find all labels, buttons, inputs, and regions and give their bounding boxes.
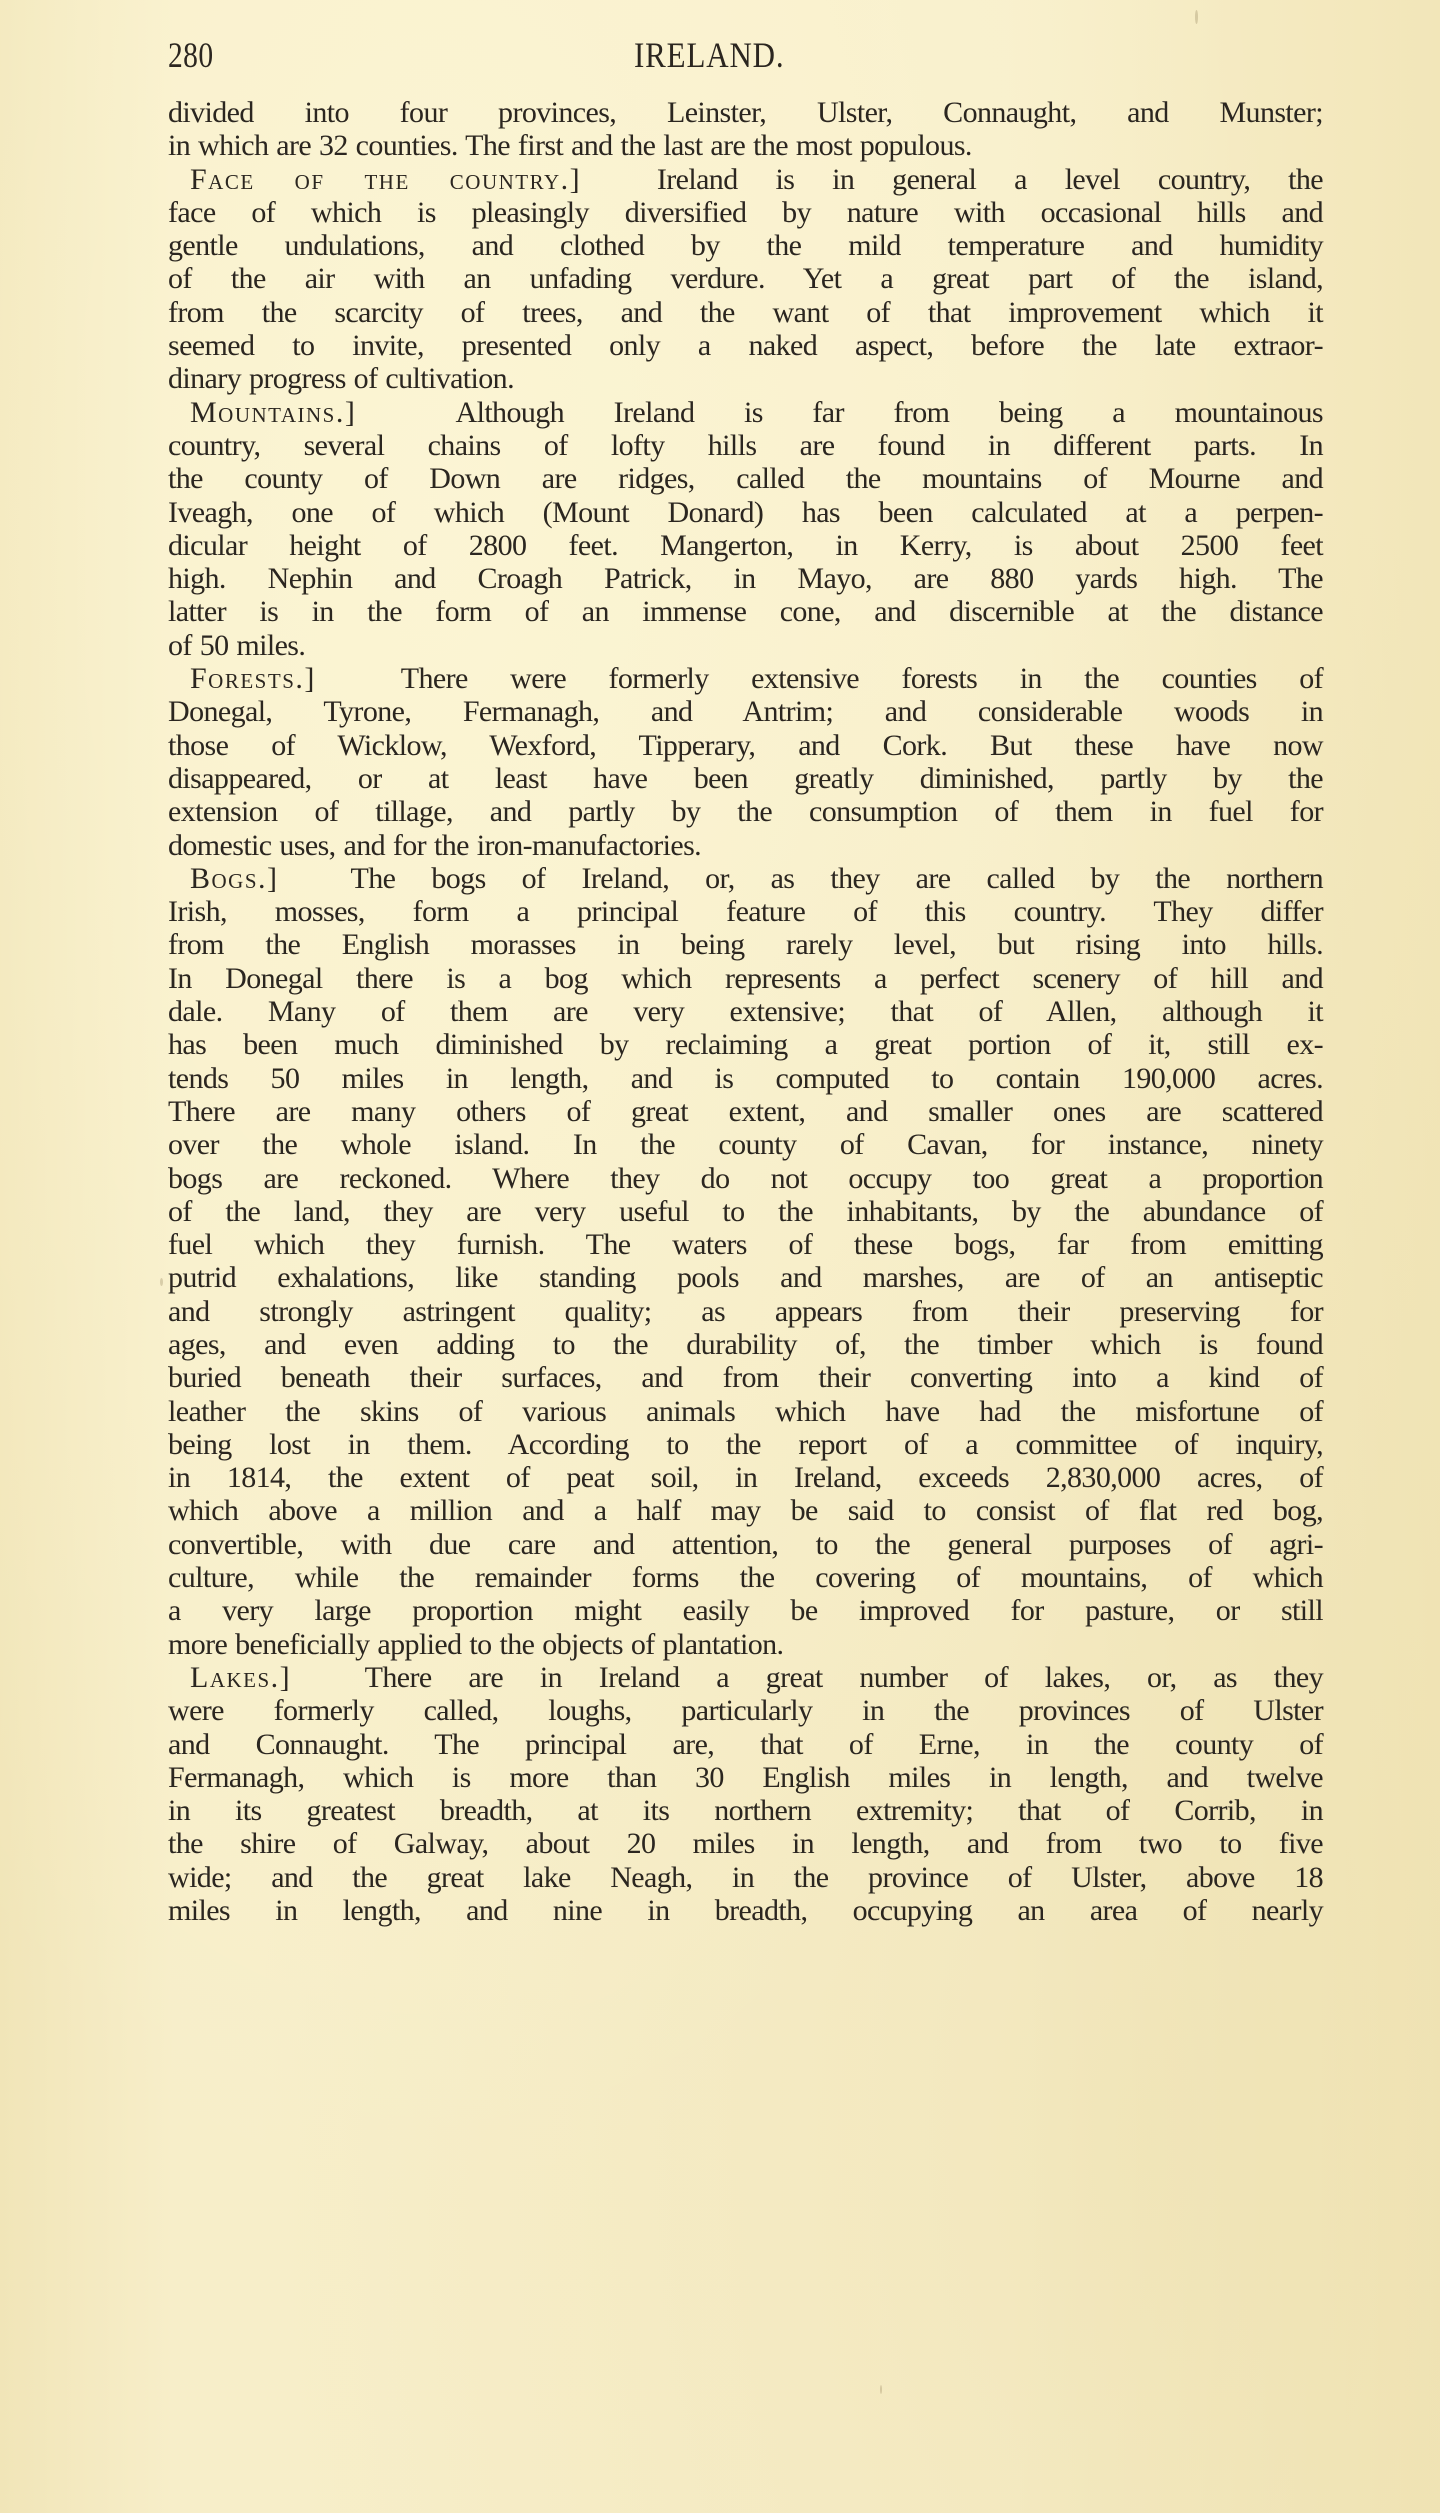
section-heading-face-of-the-country: Face of the country.] (190, 163, 581, 196)
text-line: divided into four provinces, Leinster, U… (168, 96, 1323, 129)
text-line: Forests.] There were formerly extensive … (168, 662, 1323, 695)
text-line: which above a million and a half may be … (168, 1494, 1323, 1527)
text-line: wide; and the great lake Neagh, in the p… (168, 1861, 1323, 1894)
text-line: high. Nephin and Croagh Patrick, in Mayo… (168, 562, 1323, 595)
text-line: were formerly called, loughs, particular… (168, 1694, 1323, 1727)
text-line: Lakes.] There are in Ireland a great num… (168, 1661, 1323, 1694)
paragraph-forests: Forests.] There were formerly extensive … (168, 662, 1323, 862)
text-line: extension of tillage, and partly by the … (168, 795, 1323, 828)
text-line: the shire of Galway, about 20 miles in l… (168, 1827, 1323, 1860)
paper-speck (160, 1278, 163, 1286)
text-line: latter is in the form of an immense cone… (168, 595, 1323, 628)
section-heading-lakes: Lakes.] (190, 1661, 291, 1694)
text-line: has been much diminished by reclaiming a… (168, 1028, 1323, 1061)
text-line: Irish, mosses, form a principal feature … (168, 895, 1323, 928)
running-title: IRELAND. (634, 34, 784, 76)
text-line: country, several chains of lofty hills a… (168, 429, 1323, 462)
text-line: from the scarcity of trees, and the want… (168, 296, 1323, 329)
paper-speck (880, 2385, 882, 2394)
section-heading-mountains: Mountains.] (190, 396, 356, 429)
text-line: In Donegal there is a bog which represen… (168, 962, 1323, 995)
text-line: bogs are reckoned. Where they do not occ… (168, 1162, 1323, 1195)
text-line: face of which is pleasingly diversified … (168, 196, 1323, 229)
text-line: a very large proportion might easily be … (168, 1594, 1323, 1627)
text-line: putrid exhalations, like standing pools … (168, 1261, 1323, 1294)
text-line: Fermanagh, which is more than 30 English… (168, 1761, 1323, 1794)
text-line: disappeared, or at least have been great… (168, 762, 1323, 795)
text-line: and Connaught. The principal are, that o… (168, 1728, 1323, 1761)
section-heading-forests: Forests.] (190, 662, 316, 695)
text-line: in 1814, the extent of peat soil, in Ire… (168, 1461, 1323, 1494)
text-line: domestic uses, and for the iron-manufact… (168, 829, 1323, 862)
text-line: and strongly astringent quality; as appe… (168, 1295, 1323, 1328)
text-line: gentle undulations, and clothed by the m… (168, 229, 1323, 262)
text-line: Iveagh, one of which (Mount Donard) has … (168, 496, 1323, 529)
text-line: Donegal, Tyrone, Fermanagh, and Antrim; … (168, 695, 1323, 728)
text-line: fuel which they furnish. The waters of t… (168, 1228, 1323, 1261)
page-number: 280 (168, 34, 214, 76)
paragraph-face-of-the-country: Face of the country.] Ireland is in gene… (168, 163, 1323, 396)
running-head: 280 IRELAND. (168, 34, 1323, 84)
text-line: in its greatest breadth, at its northern… (168, 1794, 1323, 1827)
paragraph-mountains: Mountains.] Although Ireland is far from… (168, 396, 1323, 662)
text-line: the county of Down are ridges, called th… (168, 462, 1323, 495)
book-page: 280 IRELAND. divided into four provinces… (0, 0, 1440, 2513)
text-line: Bogs.] The bogs of Ireland, or, as they … (168, 862, 1323, 895)
text-line: in which are 32 counties. The first and … (168, 129, 1323, 162)
text-line: There are many others of great extent, a… (168, 1095, 1323, 1128)
text-line: convertible, with due care and attention… (168, 1528, 1323, 1561)
text-line: tends 50 miles in length, and is compute… (168, 1062, 1323, 1095)
text-line: miles in length, and nine in breadth, oc… (168, 1894, 1323, 1927)
text-line: leather the skins of various animals whi… (168, 1395, 1323, 1428)
paragraph-intro: divided into four provinces, Leinster, U… (168, 96, 1323, 163)
text-line: dale. Many of them are very extensive; t… (168, 995, 1323, 1028)
text-line: more beneficially applied to the objects… (168, 1628, 1323, 1661)
text-line: those of Wicklow, Wexford, Tipperary, an… (168, 729, 1323, 762)
text-line: ages, and even adding to the durability … (168, 1328, 1323, 1361)
text-line: of 50 miles. (168, 629, 1323, 662)
text-line: of the air with an unfading verdure. Yet… (168, 262, 1323, 295)
text-line: dinary progress of cultivation. (168, 362, 1323, 395)
paper-speck (1195, 10, 1198, 24)
text-line: Mountains.] Although Ireland is far from… (168, 396, 1323, 429)
text-line: Face of the country.] Ireland is in gene… (168, 163, 1323, 196)
section-heading-bogs: Bogs.] (190, 862, 279, 895)
text-line: buried beneath their surfaces, and from … (168, 1361, 1323, 1394)
text-line: over the whole island. In the county of … (168, 1128, 1323, 1161)
paragraph-lakes: Lakes.] There are in Ireland a great num… (168, 1661, 1323, 1927)
text-line: of the land, they are very useful to the… (168, 1195, 1323, 1228)
text-line: being lost in them. According to the rep… (168, 1428, 1323, 1461)
text-line: dicular height of 2800 feet. Mangerton, … (168, 529, 1323, 562)
body-text: divided into four provinces, Leinster, U… (168, 96, 1323, 1927)
text-line: from the English morasses in being rarel… (168, 928, 1323, 961)
paragraph-bogs: Bogs.] The bogs of Ireland, or, as they … (168, 862, 1323, 1661)
text-line: culture, while the remainder forms the c… (168, 1561, 1323, 1594)
text-line: seemed to invite, presented only a naked… (168, 329, 1323, 362)
